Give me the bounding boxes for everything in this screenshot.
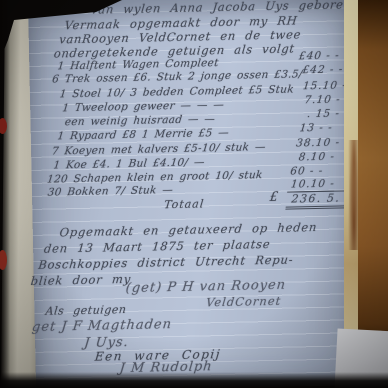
inventory-item: 30 Bokken 7/ Stuk — [47,184,174,199]
handwriting-layer: van wylen Anna Jacoba Uys geboren Vermaa… [7,0,369,388]
inventory-amount: 38.10 - [296,136,341,149]
inventory-item: 1 Rypaard £8 1 Merrie £5 — [57,127,230,143]
total-label: Totaal [164,197,205,211]
inventory-item: 1 Koe £4. 1 Bul £4.10/ — [53,156,206,171]
inventory-amount: £42 - - [302,63,344,76]
left-shadow [0,0,10,388]
inventory-amount: 8.10 - [298,151,335,164]
closing-line: bliek door my [30,272,132,288]
inventory-item: een weinig huisraad — — [64,113,216,128]
inventory-item: 1 Tweeloop geweer — — — [62,99,225,114]
inventory-item: 1 Stoel 10/ 3 bedden Compleet £5 Stuk [59,83,294,100]
manuscript-page: van wylen Anna Jacoba Uys geboren Vermaa… [28,0,358,388]
bottom-shadow [0,372,388,388]
inventory-amount: 7.10 - [304,93,341,106]
inventory-item: 120 Schapen klein en groot 10/ stuk [46,169,263,186]
total-currency: £ [269,190,279,205]
closing-line: Opgemaakt en getauxeerd op heden [59,220,318,239]
inventory-amount: . 15 - [306,107,340,120]
inventory-amount: 13 - - [299,122,333,135]
witness-heading: Als getuigen [45,303,127,318]
manuscript-photo: van wylen Anna Jacoba Uys geboren Vermaa… [0,0,388,388]
inventory-amount: 15.10 - [302,79,347,92]
inventory-amount: 60 - - [290,165,324,178]
inventory-item: 7 Koeyen met kalvers £5-10/ stuk — [51,141,266,158]
book-cover [358,0,388,352]
signature-witness-1: get J F Magthaden [31,317,172,335]
inventory-amount: £40 - - [298,49,340,62]
closing-line: Boschkoppies district Utrecht Repu- [38,252,294,271]
signature-primary-title: VeldCornet [205,294,282,310]
